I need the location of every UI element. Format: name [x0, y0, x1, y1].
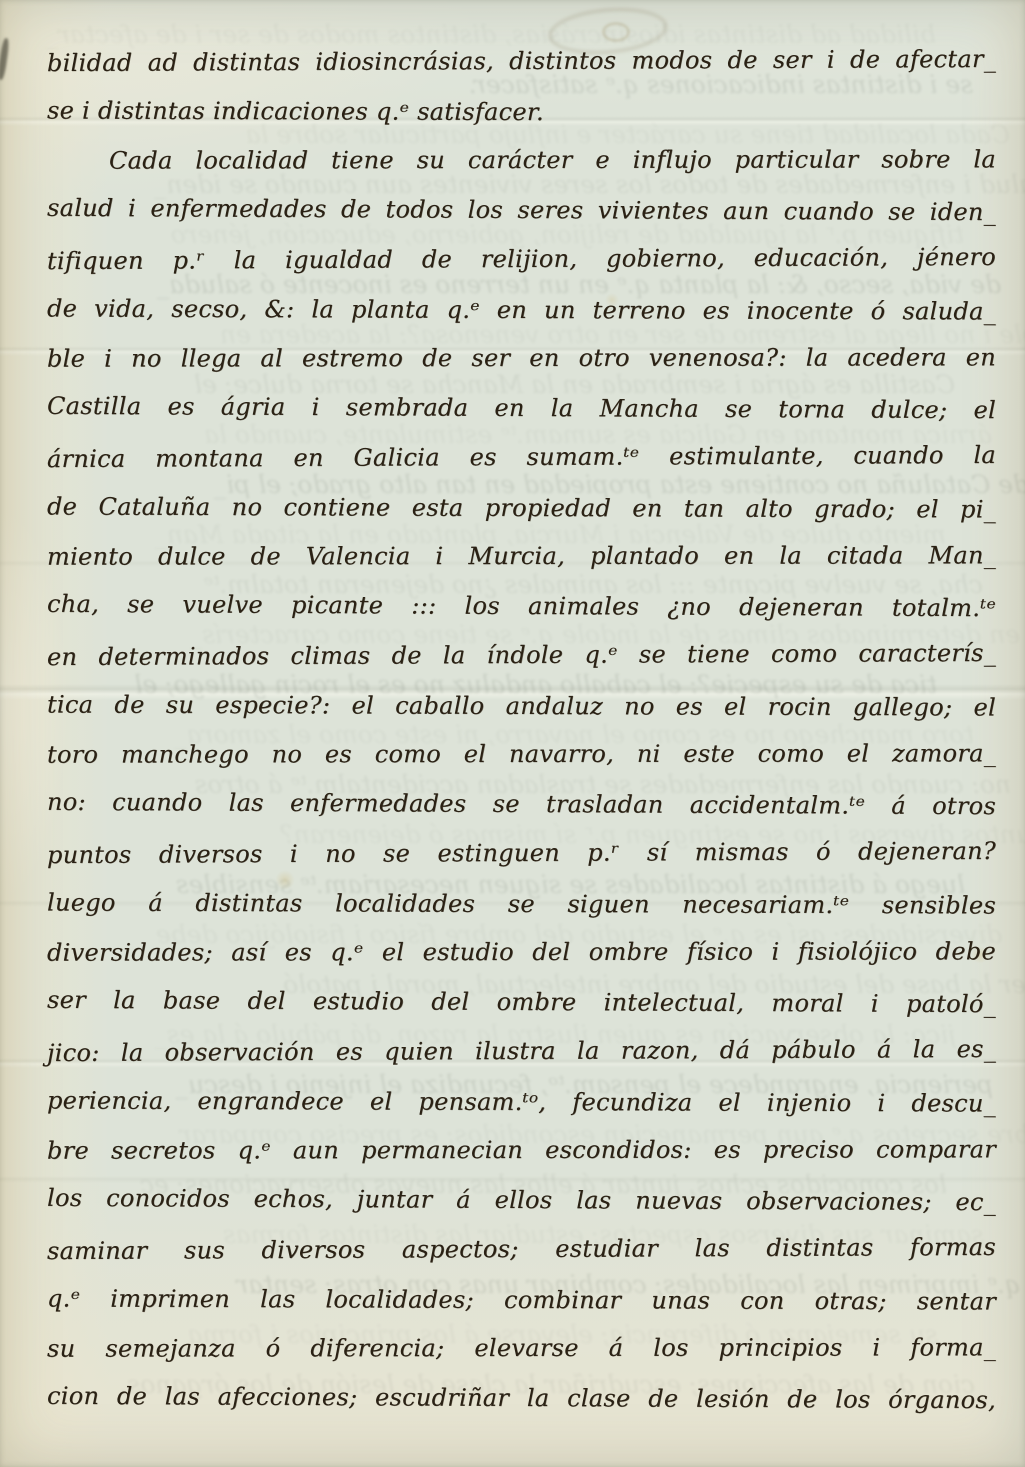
handwritten-line: miento dulce de Valencia i Murcia, plant…: [47, 531, 996, 582]
page-edge-mark: [0, 38, 10, 81]
handwritten-line: tica de su especie?: el caballo andaluz …: [47, 680, 996, 732]
handwritten-line: bre secretos q.ᵉ aun permanecian escondi…: [47, 1125, 996, 1176]
handwritten-line: Castilla es ágria i sembrada en la Manch…: [47, 381, 996, 435]
handwritten-line: su semejanza ó diferencia; elevarse á lo…: [47, 1323, 996, 1374]
handwritten-line: periencia, engrandece el pensam.ᵗᵒ, fecu…: [47, 1076, 996, 1128]
handwritten-line: en determinados climas de la índole q.ᵉ …: [47, 629, 996, 683]
handwritten-line: de Cataluña no contiene esta propiedad e…: [47, 482, 996, 534]
handwritten-line: saminar sus diversos aspectos; estudiar …: [47, 1223, 996, 1277]
manuscript-text: bilidad ad distintas idiosincrásias, dis…: [47, 37, 996, 1423]
handwritten-line: los conocidos echos, juntar á ellos las …: [47, 1173, 996, 1227]
handwritten-line: cha, se vuelve picante ::: los animales …: [47, 579, 996, 633]
handwritten-line: salud i enfermedades de todos los seres …: [47, 183, 996, 237]
handwritten-line: cion de las afecciones; escudriñar la cl…: [47, 1371, 996, 1425]
handwritten-line: de vida, secso, &: la planta q.ᵉ en un t…: [47, 284, 996, 336]
handwritten-line: toro manchego no es como el navarro, ni …: [47, 729, 996, 780]
manuscript-page: bilidad ad distintas idiosincrásias, dis…: [0, 0, 1025, 1467]
handwritten-line: ble i no llega al estremo de ser en otro…: [47, 333, 996, 384]
handwritten-line: q.ᵉ imprimen las localidades; combinar u…: [47, 1274, 996, 1326]
handwritten-line: jico: la observación es quien ilustra la…: [47, 1025, 996, 1079]
handwritten-line: se i distintas indicaciones q.ᵉ satisfac…: [47, 86, 996, 138]
handwritten-line: ser la base del estudio del ombre intele…: [47, 975, 996, 1029]
handwritten-line: puntos diversos i no se estinguen p.ʳ sí…: [47, 827, 996, 881]
handwritten-line: diversidades; así es q.ᵉ el estudio del …: [47, 927, 996, 978]
handwritten-line: Cada localidad tiene su carácter e influ…: [47, 135, 996, 186]
handwritten-line: bilidad ad distintas idiosincrásias, dis…: [47, 35, 996, 89]
handwritten-line: árnica montana en Galicia es sumam.ᵗᵉ es…: [47, 431, 996, 485]
handwritten-line: no: cuando las enfermedades se trasladan…: [47, 777, 996, 831]
handwritten-line: tifiquen p.ʳ la igualdad de relijion, go…: [47, 233, 996, 287]
handwritten-line: luego á distintas localidades se siguen …: [47, 878, 996, 930]
